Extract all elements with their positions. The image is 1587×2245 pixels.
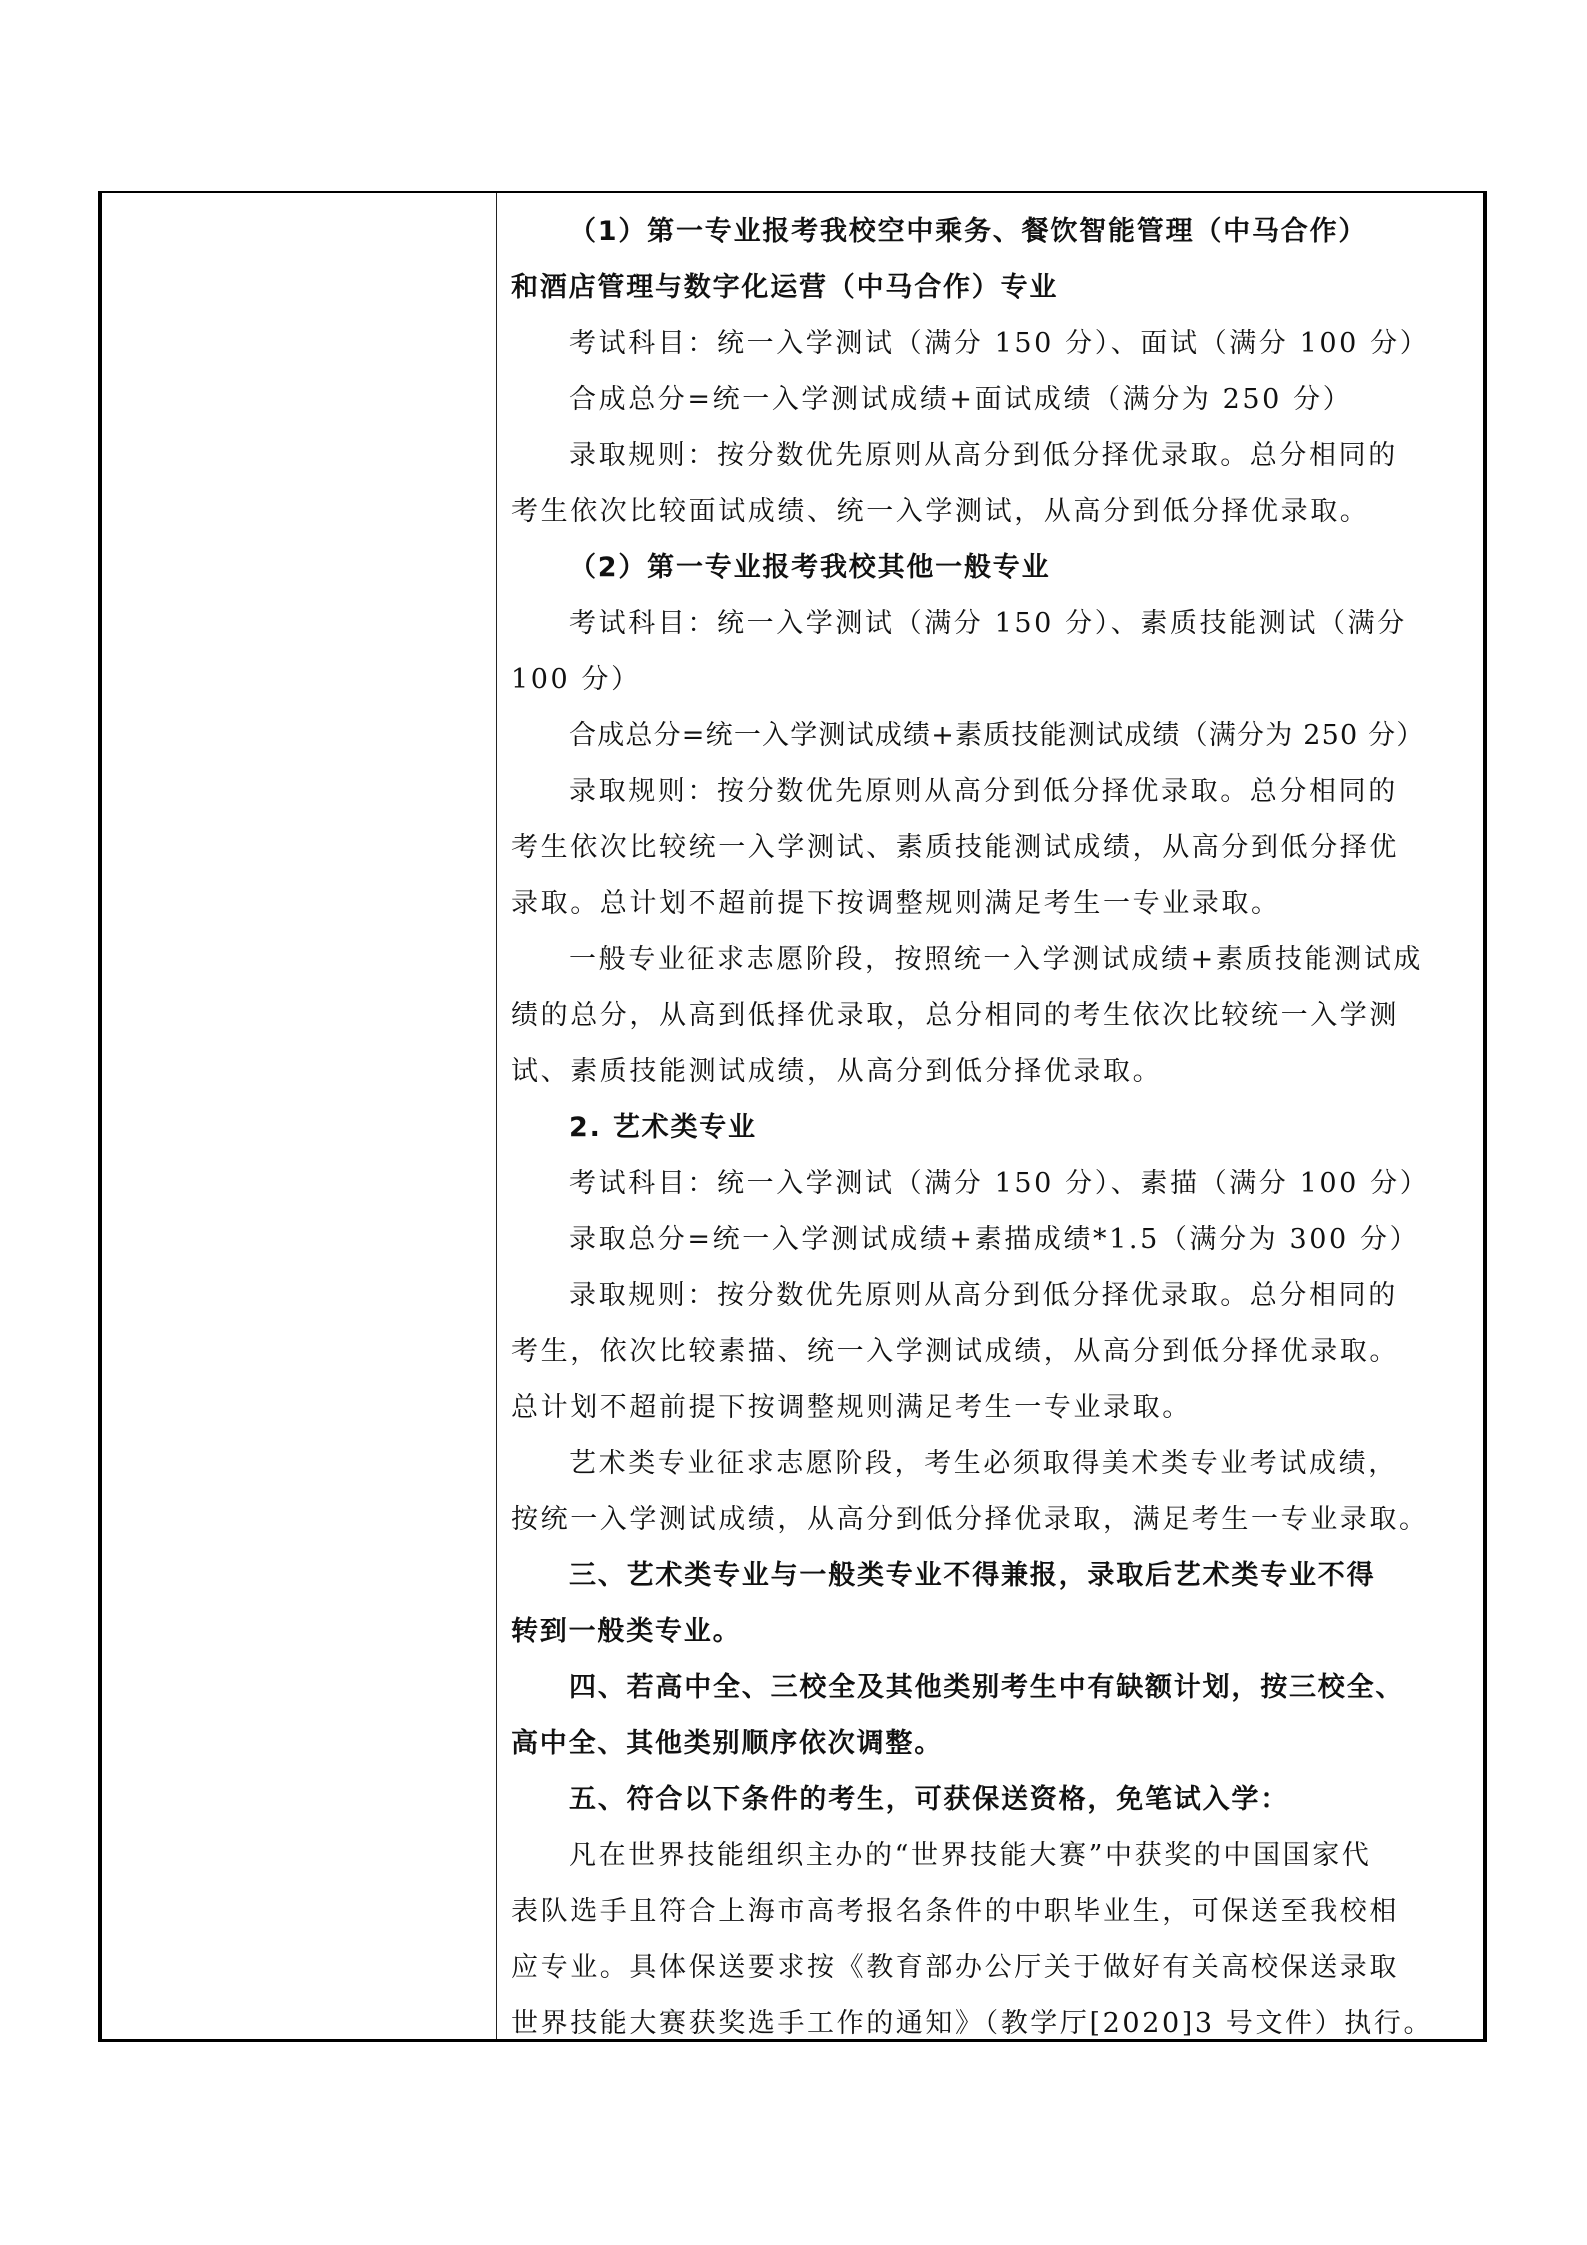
admission-rule-special: 录取规则：按分数优先原则从高分到低分择优录取。总分相同的 考生依次比较面试成绩、… [511, 428, 1479, 540]
exam-subjects-general: 考试科目：统一入学测试（满分 150 分）、素质技能测试（满分 100 分） [511, 596, 1479, 708]
table-label-cell [102, 193, 497, 2039]
admission-rule-art: 录取规则：按分数优先原则从高分到低分择优录取。总分相同的 考生，依次比较素描、统… [511, 1268, 1479, 1436]
recommendation-detail: 凡在世界技能组织主办的“世界技能大赛”中获奖的中国国家代 表队选手且符合上海市高… [511, 1828, 1479, 2052]
subheading-art-majors: 2. 艺术类专业 [511, 1100, 1479, 1156]
text-line: 2. 艺术类专业 [511, 1100, 1479, 1156]
text-line: 高中全、其他类别顺序依次调整。 [511, 1716, 1479, 1772]
table-content-cell: （1）第一专业报考我校空中乘务、餐饮智能管理（中马合作） 和酒店管理与数字化运营… [497, 193, 1483, 2039]
text-line: 录取总分=统一入学测试成绩+素描成绩*1.5（满分为 300 分） [511, 1212, 1479, 1268]
text-line: 录取规则：按分数优先原则从高分到低分择优录取。总分相同的 [511, 764, 1479, 820]
exam-subjects-art: 考试科目：统一入学测试（满分 150 分）、素描（满分 100 分） [511, 1156, 1479, 1212]
rule-four-quota-adjustment: 四、若高中全、三校全及其他类别考生中有缺额计划，按三校全、 高中全、其他类别顺序… [511, 1660, 1479, 1772]
text-line: 凡在世界技能组织主办的“世界技能大赛”中获奖的中国国家代 [511, 1828, 1479, 1884]
text-line: 合成总分=统一入学测试成绩+素质技能测试成绩（满分为 250 分） [511, 708, 1479, 764]
exam-subjects-special: 考试科目：统一入学测试（满分 150 分）、面试（满分 100 分） [511, 316, 1479, 372]
text-line: 绩的总分，从高到低择优录取，总分相同的考生依次比较统一入学测 [511, 988, 1479, 1044]
text-line: 100 分） [511, 652, 1479, 708]
text-line: 表队选手且符合上海市高考报名条件的中职毕业生，可保送至我校相 [511, 1884, 1479, 1940]
text-line: 和酒店管理与数字化运营（中马合作）专业 [511, 260, 1479, 316]
text-line: 考试科目：统一入学测试（满分 150 分）、素质技能测试（满分 [511, 596, 1479, 652]
total-score-art: 录取总分=统一入学测试成绩+素描成绩*1.5（满分为 300 分） [511, 1212, 1479, 1268]
text-line: 合成总分=统一入学测试成绩+面试成绩（满分为 250 分） [511, 372, 1479, 428]
text-line: 世界技能大赛获奖选手工作的通知》（教学厅[2020]3 号文件）执行。 [511, 1996, 1479, 2052]
text-line: 总计划不超前提下按调整规则满足考生一专业录取。 [511, 1380, 1479, 1436]
text-line: 试、素质技能测试成绩，从高分到低分择优录取。 [511, 1044, 1479, 1100]
text-line: 考生依次比较统一入学测试、素质技能测试成绩，从高分到低分择优 [511, 820, 1479, 876]
text-line: （1）第一专业报考我校空中乘务、餐饮智能管理（中马合作） [511, 204, 1479, 260]
text-line: 考试科目：统一入学测试（满分 150 分）、素描（满分 100 分） [511, 1156, 1479, 1212]
subheading-first-choice-general-majors: （2）第一专业报考我校其他一般专业 [511, 540, 1479, 596]
text-line: 考试科目：统一入学测试（满分 150 分）、面试（满分 100 分） [511, 316, 1479, 372]
text-line: 考生依次比较面试成绩、统一入学测试，从高分到低分择优录取。 [511, 484, 1479, 540]
rule-three-no-dual-application: 三、艺术类专业与一般类专业不得兼报，录取后艺术类专业不得 转到一般类专业。 [511, 1548, 1479, 1660]
text-line: 艺术类专业征求志愿阶段，考生必须取得美术类专业考试成绩， [511, 1436, 1479, 1492]
rule-five-recommendation: 五、符合以下条件的考生，可获保送资格，免笔试入学： [511, 1772, 1479, 1828]
solicitation-stage-art: 艺术类专业征求志愿阶段，考生必须取得美术类专业考试成绩， 按统一入学测试成绩，从… [511, 1436, 1479, 1548]
text-line: 录取规则：按分数优先原则从高分到低分择优录取。总分相同的 [511, 428, 1479, 484]
text-line: （2）第一专业报考我校其他一般专业 [511, 540, 1479, 596]
total-score-general: 合成总分=统一入学测试成绩+素质技能测试成绩（满分为 250 分） [511, 708, 1479, 764]
solicitation-stage-general: 一般专业征求志愿阶段，按照统一入学测试成绩+素质技能测试成 绩的总分，从高到低择… [511, 932, 1479, 1100]
text-line: 四、若高中全、三校全及其他类别考生中有缺额计划，按三校全、 [511, 1660, 1479, 1716]
text-line: 录取规则：按分数优先原则从高分到低分择优录取。总分相同的 [511, 1268, 1479, 1324]
admission-rule-general: 录取规则：按分数优先原则从高分到低分择优录取。总分相同的 考生依次比较统一入学测… [511, 764, 1479, 932]
subheading-first-choice-special-majors: （1）第一专业报考我校空中乘务、餐饮智能管理（中马合作） 和酒店管理与数字化运营… [511, 204, 1479, 316]
text-line: 五、符合以下条件的考生，可获保送资格，免笔试入学： [511, 1772, 1479, 1828]
total-score-special: 合成总分=统一入学测试成绩+面试成绩（满分为 250 分） [511, 372, 1479, 428]
text-line: 按统一入学测试成绩，从高分到低分择优录取，满足考生一专业录取。 [511, 1492, 1479, 1548]
text-line: 一般专业征求志愿阶段，按照统一入学测试成绩+素质技能测试成 [511, 932, 1479, 988]
text-line: 转到一般类专业。 [511, 1604, 1479, 1660]
admission-rules-table: （1）第一专业报考我校空中乘务、餐饮智能管理（中马合作） 和酒店管理与数字化运营… [98, 191, 1487, 2042]
text-line: 考生，依次比较素描、统一入学测试成绩，从高分到低分择优录取。 [511, 1324, 1479, 1380]
text-line: 录取。总计划不超前提下按调整规则满足考生一专业录取。 [511, 876, 1479, 932]
text-line: 应专业。具体保送要求按《教育部办公厅关于做好有关高校保送录取 [511, 1940, 1479, 1996]
text-line: 三、艺术类专业与一般类专业不得兼报，录取后艺术类专业不得 [511, 1548, 1479, 1604]
